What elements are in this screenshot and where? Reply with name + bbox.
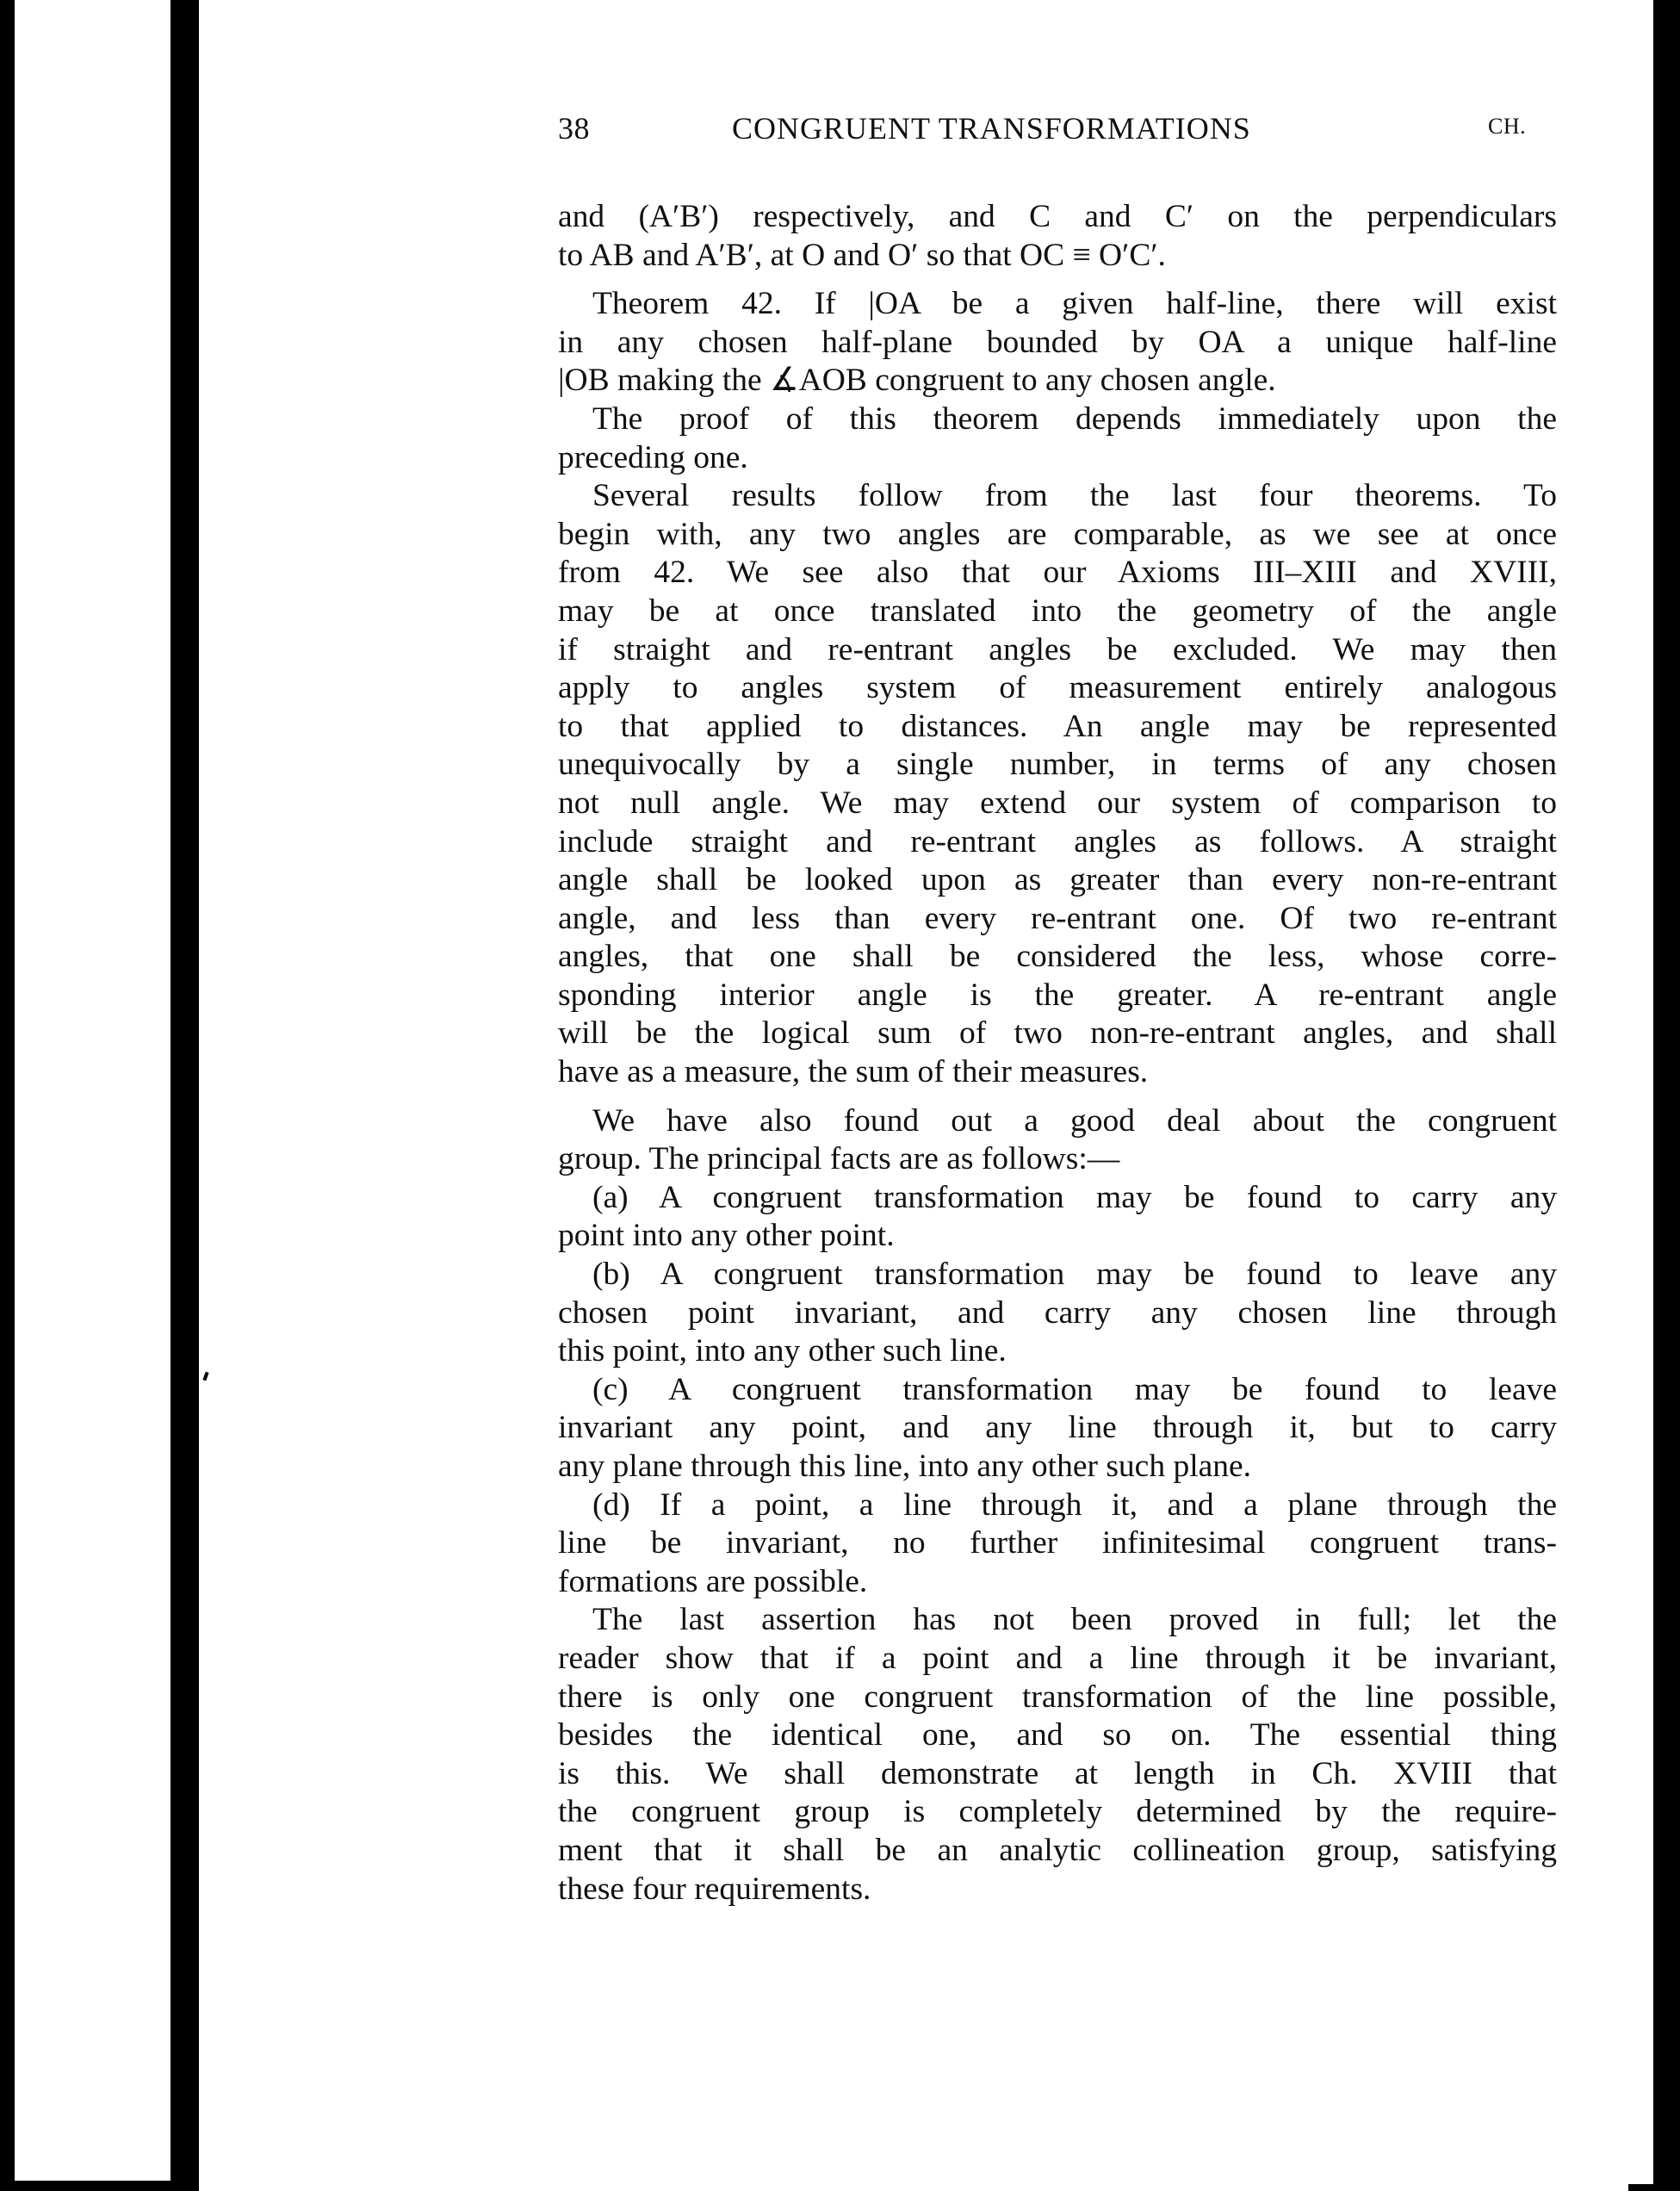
page-number: 38 [558, 110, 590, 146]
text-line: (d) If a point, a line through it, and a… [558, 1487, 1557, 1525]
text-line: angle shall be looked upon as greater th… [558, 861, 1557, 900]
text-line: The last assertion has not been proved i… [558, 1601, 1557, 1640]
text-line: ment that it shall be an analytic collin… [558, 1832, 1557, 1871]
chapter-mark: CH. [1488, 114, 1526, 140]
scan-border-gutter [170, 0, 199, 2191]
paragraph: (d) If a point, a line through it, and a… [558, 1487, 1557, 1602]
text-line: have as a measure, the sum of their meas… [558, 1053, 1557, 1092]
text-line: angle, and less than every re-entrant on… [558, 900, 1557, 939]
text-line: any plane through this line, into any ot… [558, 1448, 1557, 1487]
text-line: Theorem 42. If |OA be a given half-line,… [558, 285, 1557, 324]
text-line: invariant any point, and any line throug… [558, 1409, 1557, 1448]
text-line: this point, into any other such line. [558, 1332, 1557, 1371]
text-line: to that applied to distances. An angle m… [558, 708, 1557, 747]
book-page: 38 CONGRUENT TRANSFORMATIONS CH. and (A′… [558, 110, 1557, 1909]
text-line: point into any other point. [558, 1217, 1557, 1256]
text-line: these four requirements. [558, 1871, 1557, 1909]
text-line: may be at once translated into the geome… [558, 593, 1557, 631]
text-line: preceding one. [558, 439, 1557, 478]
scan-border-right [1653, 0, 1680, 2191]
scan-border-bottom-left [0, 2181, 199, 2191]
text-line: group. The principal facts are as follow… [558, 1140, 1557, 1179]
paragraph: Several results follow from the last fou… [558, 477, 1557, 1092]
text-line: Several results follow from the last fou… [558, 477, 1557, 516]
paragraph: (c) A congruent transformation may be fo… [558, 1371, 1557, 1487]
text-line: reader show that if a point and a line t… [558, 1640, 1557, 1679]
text-line: angles, that one shall be considered the… [558, 938, 1557, 977]
text-line: |OB making the ∡AOB congruent to any cho… [558, 362, 1557, 400]
text-line: not null angle. We may extend our system… [558, 785, 1557, 823]
body-text: and (A′B′) respectively, and C and C′ on… [558, 198, 1557, 1909]
text-line: in any chosen half-plane bounded by OA a… [558, 324, 1557, 363]
paragraph: and (A′B′) respectively, and C and C′ on… [558, 198, 1557, 275]
text-line: begin with, any two angles are comparabl… [558, 516, 1557, 555]
text-line: formations are possible. [558, 1563, 1557, 1602]
scan-border-left [0, 0, 15, 2191]
scan-border-bottom-right [1628, 2184, 1680, 2191]
text-line: sponding interior angle is the greater. … [558, 977, 1557, 1015]
scan-speck [202, 1372, 208, 1381]
paragraph: (b) A congruent transformation may be fo… [558, 1256, 1557, 1371]
text-line: line be invariant, no further infinitesi… [558, 1524, 1557, 1563]
text-line: include straight and re-entrant angles a… [558, 823, 1557, 862]
text-line: (a) A congruent transformation may be fo… [558, 1179, 1557, 1218]
text-line: chosen point invariant, and carry any ch… [558, 1294, 1557, 1333]
text-line: and (A′B′) respectively, and C and C′ on… [558, 198, 1557, 237]
text-line: apply to angles system of measurement en… [558, 669, 1557, 708]
text-line: the congruent group is completely determ… [558, 1793, 1557, 1832]
paragraph: (a) A congruent transformation may be fo… [558, 1179, 1557, 1256]
text-line: (b) A congruent transformation may be fo… [558, 1256, 1557, 1294]
text-line: unequivocally by a single number, in ter… [558, 746, 1557, 785]
paragraph: Theorem 42. If |OA be a given half-line,… [558, 285, 1557, 400]
text-line: to AB and A′B′, at O and O′ so that OC ≡… [558, 237, 1557, 276]
text-line: (c) A congruent transformation may be fo… [558, 1371, 1557, 1410]
paragraph: The proof of this theorem depends immedi… [558, 400, 1557, 477]
text-line: We have also found out a good deal about… [558, 1102, 1557, 1141]
text-line: The proof of this theorem depends immedi… [558, 400, 1557, 439]
paragraph: We have also found out a good deal about… [558, 1102, 1557, 1179]
chapter-title: CONGRUENT TRANSFORMATIONS [732, 110, 1251, 146]
running-head: 38 CONGRUENT TRANSFORMATIONS CH. [558, 110, 1557, 162]
text-line: if straight and re-entrant angles be exc… [558, 631, 1557, 670]
text-line: is this. We shall demonstrate at length … [558, 1755, 1557, 1794]
text-line: will be the logical sum of two non-re-en… [558, 1015, 1557, 1053]
paragraph: The last assertion has not been proved i… [558, 1601, 1557, 1909]
text-line: from 42. We see also that our Axioms III… [558, 554, 1557, 593]
text-line: there is only one congruent transformati… [558, 1679, 1557, 1717]
text-line: besides the identical one, and so on. Th… [558, 1716, 1557, 1755]
